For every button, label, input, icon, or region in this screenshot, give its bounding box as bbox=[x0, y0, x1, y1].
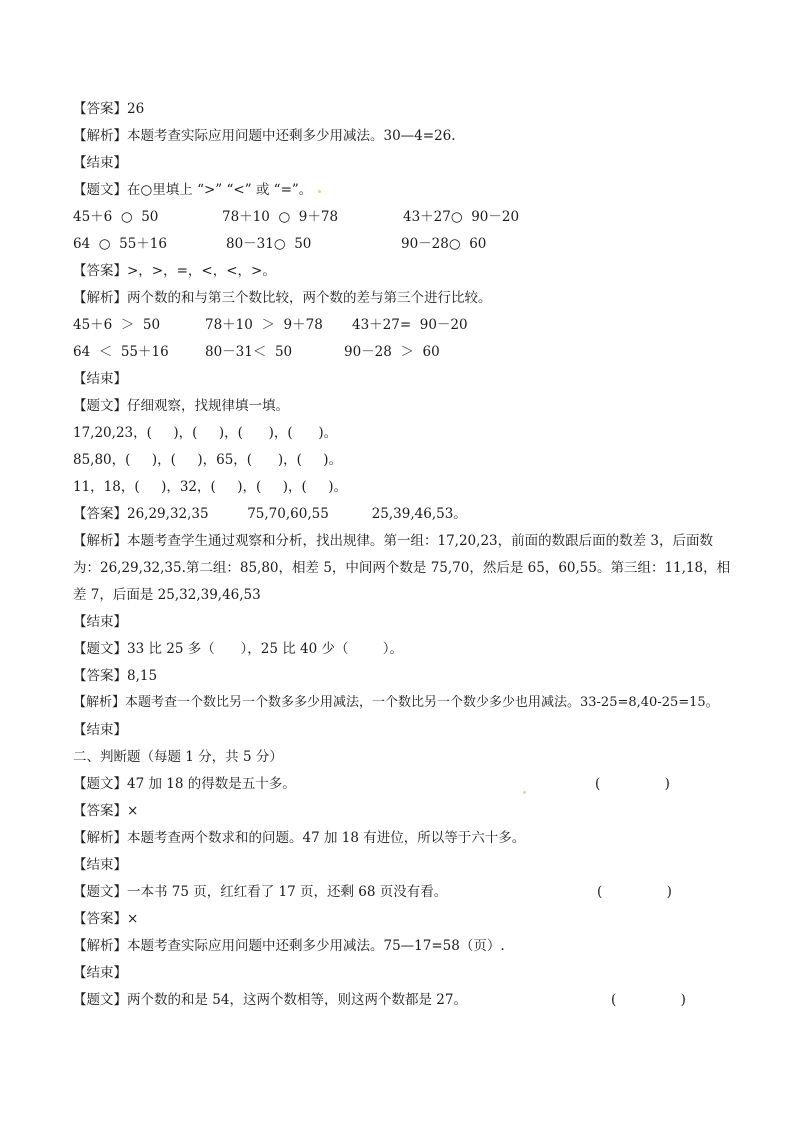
solution-expression: 45＋6 ＞ 50 bbox=[73, 316, 160, 334]
compare-expression: 80－31○ 50 bbox=[226, 235, 311, 253]
text-line: 【题文】33 比 25 多（ ），25 比 40 少（ ）。 bbox=[73, 640, 403, 658]
answer-blank: ( ) bbox=[597, 883, 672, 901]
solution-expression: 43＋27= 90－20 bbox=[352, 316, 468, 334]
solution-expression: 64 ＜ 55＋16 bbox=[73, 343, 169, 361]
text-line: 【解析】两个数的和与第三个数比较，两个数的差与第三个进行比较。 bbox=[73, 289, 492, 307]
text-line: 【答案】× bbox=[73, 802, 138, 820]
text-line: 【解析】本题考查实际应用问题中还剩多少用减法。75—17=58（页）. bbox=[73, 937, 505, 955]
text-line: 【解析】本题考查学生通过观察和分析，找出规律。第一组：17,20,23，前面的数… bbox=[73, 532, 713, 550]
text-line: 【题文】47 加 18 的得数是五十多。 bbox=[73, 775, 296, 793]
section-heading: 二、判断题（每题 1 分，共 5 分） bbox=[73, 748, 283, 766]
text-line: 【结束】 bbox=[73, 856, 127, 874]
answer-blank: ( ) bbox=[595, 775, 670, 793]
text-line: 【答案】26,29,32,35 75,70,60,55 25,39,46,53。 bbox=[73, 505, 467, 523]
text-line: 【解析】本题考查一个数比另一个数多多少用减法，一个数比另一个数少多少也用减法。3… bbox=[73, 694, 719, 712]
text-line: 【题文】仔细观察，找规律填一填。 bbox=[73, 397, 289, 415]
solution-expression: 78＋10 ＞ 9＋78 bbox=[205, 316, 323, 334]
compare-expression: 90－28○ 60 bbox=[401, 235, 486, 253]
text-line: 【题文】两个数的和是 54，这两个数相等，则这两个数都是 27。 bbox=[73, 991, 467, 1009]
scan-artifact-dot bbox=[318, 190, 321, 193]
text-line: 【结束】 bbox=[73, 154, 127, 172]
text-line: 【答案】>，>，=，<，<，>。 bbox=[73, 262, 276, 280]
text-line: 【题文】在○里填上 “>” “<” 或 “=”。 bbox=[73, 181, 312, 199]
compare-expression: 45＋6 ○ 50 bbox=[73, 208, 158, 226]
solution-expression: 80－31＜ 50 bbox=[205, 343, 292, 361]
text-line: 【结束】 bbox=[73, 613, 127, 631]
text-line: 【答案】26 bbox=[73, 100, 144, 118]
answer-blank: ( ) bbox=[611, 991, 686, 1009]
document-page: 【答案】26 【解析】本题考查实际应用问题中还剩多少用减法。30—4=26. 【… bbox=[0, 0, 793, 1122]
text-line: 【结束】 bbox=[73, 964, 127, 982]
text-line: 【答案】× bbox=[73, 910, 138, 928]
text-line: 17,20,23，( )，( )，( )，( )。 bbox=[73, 424, 337, 442]
compare-expression: 64 ○ 55＋16 bbox=[73, 235, 167, 253]
text-line: 【解析】本题考查实际应用问题中还剩多少用减法。30—4=26. bbox=[73, 127, 456, 145]
text-line: 【结束】 bbox=[73, 370, 127, 388]
text-line: 【题文】一本书 75 页，红红看了 17 页，还剩 68 页没有看。 bbox=[73, 883, 447, 901]
text-line: 差 7，后面是 25,32,39,46,53 bbox=[73, 586, 261, 604]
compare-expression: 78＋10 ○ 9＋78 bbox=[222, 208, 338, 226]
text-line: 【解析】本题考查两个数求和的问题。47 加 18 有进位，所以等于六十多。 bbox=[73, 829, 525, 847]
text-line: 【答案】8,15 bbox=[73, 667, 157, 685]
scan-artifact-dot bbox=[523, 791, 526, 794]
text-line: 【结束】 bbox=[73, 721, 127, 739]
compare-expression: 43＋27○ 90－20 bbox=[403, 208, 519, 226]
solution-expression: 90－28 ＞ 60 bbox=[344, 343, 440, 361]
text-line: 11，18，( )，32，( )，( )，( )。 bbox=[73, 478, 347, 496]
text-line: 为：26,29,32,35.第二组：85,80，相差 5，中间两个数是 75,7… bbox=[73, 559, 730, 577]
text-line: 85,80，( )，( )，65，( )，( )。 bbox=[73, 451, 342, 469]
